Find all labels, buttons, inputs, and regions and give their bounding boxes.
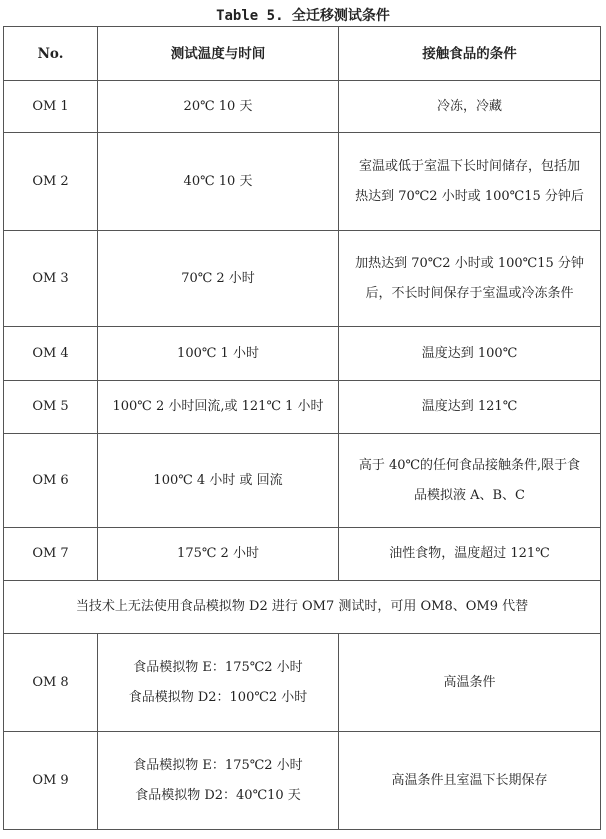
header-condition: 接触食品的条件 xyxy=(339,27,601,81)
temp-time-line: 食品模拟物 E：175℃2 小时 xyxy=(102,751,334,781)
row-temp-time: 食品模拟物 E：175℃2 小时 食品模拟物 D2：40℃10 天 xyxy=(98,732,339,830)
row-no: OM 3 xyxy=(4,231,98,327)
row-temp-time: 100℃ 2 小时回流,或 121℃ 1 小时 xyxy=(98,381,339,434)
note-row: 当技术上无法使用食品模拟物 D2 进行 OM7 测试时，可用 OM8、OM9 代… xyxy=(4,581,601,634)
row-no: OM 6 xyxy=(4,434,98,528)
row-condition: 室温或低于室温下长时间储存，包括加 热达到 70℃2 小时或 100℃15 分钟… xyxy=(339,133,601,231)
row-condition: 油性食物，温度超过 121℃ xyxy=(339,528,601,581)
condition-line: 高于 40℃的任何食品接触条件,限于食 xyxy=(343,451,596,481)
condition-line: 室温或低于室温下长时间储存，包括加 xyxy=(343,152,596,182)
row-no: OM 7 xyxy=(4,528,98,581)
temp-time-line: 食品模拟物 E：175℃2 小时 xyxy=(102,653,334,683)
table-row: OM 8 食品模拟物 E：175℃2 小时 食品模拟物 D2：100℃2 小时 … xyxy=(4,634,601,732)
row-temp-time: 70℃ 2 小时 xyxy=(98,231,339,327)
row-condition: 高温条件且室温下长期保存 xyxy=(339,732,601,830)
row-no: OM 4 xyxy=(4,327,98,381)
row-condition: 温度达到 121℃ xyxy=(339,381,601,434)
condition-line: 品模拟液 A、B、C xyxy=(343,481,596,511)
row-condition: 高温条件 xyxy=(339,634,601,732)
cropped-heading-remnant xyxy=(0,0,606,2)
row-temp-time: 20℃ 10 天 xyxy=(98,81,339,133)
migration-test-conditions-table: No. 测试温度与时间 接触食品的条件 OM 1 20℃ 10 天 冷冻，冷藏 … xyxy=(3,26,601,830)
temp-time-line: 食品模拟物 D2：40℃10 天 xyxy=(102,781,334,811)
table-caption: Table 5. 全迁移测试条件 xyxy=(0,5,606,25)
header-temp-time: 测试温度与时间 xyxy=(98,27,339,81)
row-temp-time: 食品模拟物 E：175℃2 小时 食品模拟物 D2：100℃2 小时 xyxy=(98,634,339,732)
table-row: OM 9 食品模拟物 E：175℃2 小时 食品模拟物 D2：40℃10 天 高… xyxy=(4,732,601,830)
table-row: OM 3 70℃ 2 小时 加热达到 70℃2 小时或 100℃15 分钟 后，… xyxy=(4,231,601,327)
header-no: No. xyxy=(4,27,98,81)
row-condition: 加热达到 70℃2 小时或 100℃15 分钟 后，不长时间保存于室温或冷冻条件 xyxy=(339,231,601,327)
table-row: OM 2 40℃ 10 天 室温或低于室温下长时间储存，包括加 热达到 70℃2… xyxy=(4,133,601,231)
condition-line: 热达到 70℃2 小时或 100℃15 分钟后 xyxy=(343,182,596,212)
row-condition: 冷冻，冷藏 xyxy=(339,81,601,133)
row-temp-time: 100℃ 1 小时 xyxy=(98,327,339,381)
table-row: OM 1 20℃ 10 天 冷冻，冷藏 xyxy=(4,81,601,133)
row-no: OM 1 xyxy=(4,81,98,133)
table-row: OM 7 175℃ 2 小时 油性食物，温度超过 121℃ xyxy=(4,528,601,581)
header-row: No. 测试温度与时间 接触食品的条件 xyxy=(4,27,601,81)
temp-time-line: 食品模拟物 D2：100℃2 小时 xyxy=(102,683,334,713)
condition-line: 后，不长时间保存于室温或冷冻条件 xyxy=(343,279,596,309)
row-no: OM 2 xyxy=(4,133,98,231)
note-text: 当技术上无法使用食品模拟物 D2 进行 OM7 测试时，可用 OM8、OM9 代… xyxy=(4,581,601,634)
row-condition: 温度达到 100℃ xyxy=(339,327,601,381)
row-temp-time: 100℃ 4 小时 或 回流 xyxy=(98,434,339,528)
condition-line: 加热达到 70℃2 小时或 100℃15 分钟 xyxy=(343,249,596,279)
table-row: OM 4 100℃ 1 小时 温度达到 100℃ xyxy=(4,327,601,381)
row-temp-time: 40℃ 10 天 xyxy=(98,133,339,231)
row-no: OM 9 xyxy=(4,732,98,830)
row-no: OM 8 xyxy=(4,634,98,732)
row-no: OM 5 xyxy=(4,381,98,434)
row-temp-time: 175℃ 2 小时 xyxy=(98,528,339,581)
table-row: OM 5 100℃ 2 小时回流,或 121℃ 1 小时 温度达到 121℃ xyxy=(4,381,601,434)
row-condition: 高于 40℃的任何食品接触条件,限于食 品模拟液 A、B、C xyxy=(339,434,601,528)
table-row: OM 6 100℃ 4 小时 或 回流 高于 40℃的任何食品接触条件,限于食 … xyxy=(4,434,601,528)
